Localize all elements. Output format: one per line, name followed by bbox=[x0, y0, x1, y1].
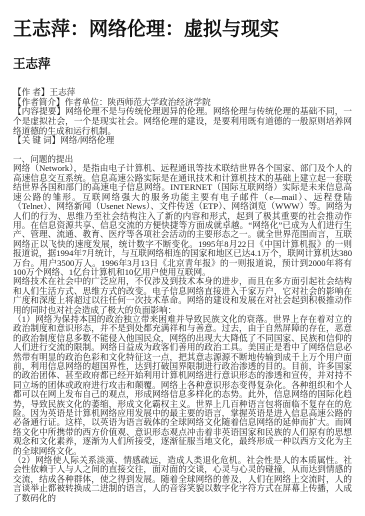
meta-abstract-line: 【内容提要】网络伦理不是与传统伦理迥异的伦理。网络伦理与传统伦理的基础不同，一个… bbox=[13, 107, 352, 136]
metadata-block: 【作 者】王志萍 【作者简介】作者单位：陕西师范大学政治经济学院 【内容提要】网… bbox=[13, 88, 352, 146]
paragraph-3: （1）网络为保持本国的政治独立带来困难并导致民族文化的衰落。世界上存在着对立的政… bbox=[13, 315, 352, 456]
article-body: 一、问题的提出 网络（Network），是指由电子计算机、远程通讯等技术联结世界… bbox=[13, 155, 352, 503]
page-title: 王志萍：网络伦理：虚拟与现实 bbox=[13, 19, 352, 41]
paragraph-2: 网络技术在社会中的广泛应用，不仅涉及到技术本身的进步，而且在多方面引起社会结构和… bbox=[13, 277, 352, 315]
paragraph-4: （2）网络使人际关系淡漠、情感疏远，造成人类退化危机。社会性是人的本质属性。社会… bbox=[13, 456, 352, 503]
paragraph-1: 网络（Network），是指由电子计算机、远程通讯等技术联结世界各个国家、部门及… bbox=[13, 164, 352, 277]
meta-keywords-line: 【关 键 词】网络/网络伦理 bbox=[13, 136, 352, 146]
author-name: 王志萍 bbox=[13, 54, 352, 72]
document-page: 王志萍：网络伦理：虚拟与现实 王志萍 【作 者】王志萍 【作者简介】作者单位：陕… bbox=[0, 0, 365, 516]
